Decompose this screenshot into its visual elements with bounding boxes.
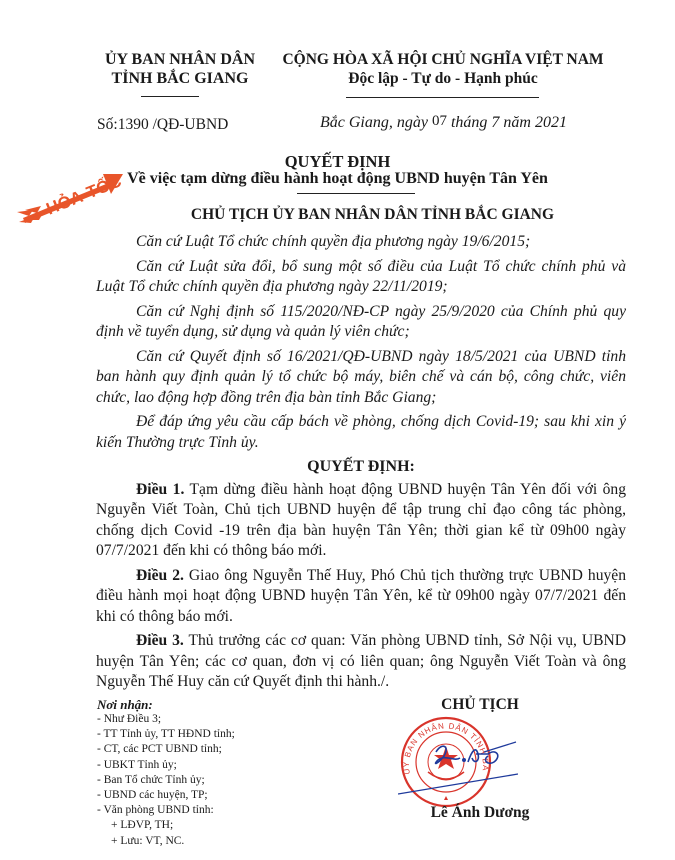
document-subject: Về việc tạm dừng điều hành hoạt động UBN… [0,170,675,188]
document-title: QUYẾT ĐỊNH [0,152,675,172]
recipients-title: Nơi nhận: [97,697,235,712]
article-label: Điều 2. [136,567,184,584]
decision-heading: QUYẾT ĐỊNH: [96,457,626,478]
recipient-item: - UBKT Tỉnh ủy; [97,758,235,773]
recipient-item: - Ban Tổ chức Tỉnh ủy; [97,773,235,788]
day: 07 [432,113,447,129]
subject-divider [297,193,415,194]
nation-line-1: CỘNG HÒA XÃ HỘI CHỦ NGHĨA VIỆT NAM [278,50,608,69]
recipient-sub-item: + LĐVP, TH; [97,818,235,833]
preamble-item: Căn cứ Nghị định số 115/2020/NĐ-CP ngày … [96,302,626,343]
recipients-list: Nơi nhận: - Như Điều 3; - TT Tỉnh ủy, TT… [97,697,235,849]
agency-line-1: ỦY BAN NHÂN DÂN [90,50,270,69]
preamble-item: Căn cứ Quyết định số 16/2021/QĐ-UBND ngà… [96,347,626,409]
agency-divider [141,96,199,97]
article-2: Điều 2. Giao ông Nguyễn Thế Huy, Phó Chủ… [96,566,626,628]
article-3: Điều 3. Thủ trưởng các cơ quan: Văn phòn… [96,631,626,693]
article-label: Điều 3. [136,632,184,649]
issuing-agency: ỦY BAN NHÂN DÂN TỈNH BẮC GIANG [90,50,270,88]
motto-divider [346,97,539,98]
preamble-item: Căn cứ Luật Tổ chức chính quyền địa phươ… [96,232,626,253]
signer-name: Lê Ánh Dương [390,804,570,822]
article-label: Điều 1. [136,481,184,498]
recipient-item: - Như Điều 3; [97,712,235,727]
recipient-item: - TT Tỉnh ủy, TT HĐND tỉnh; [97,727,235,742]
agency-line-2: TỈNH BẮC GIANG [90,69,270,88]
document-number: Số:1390 /QĐ-UBND [97,116,228,134]
preamble-item: Căn cứ Luật sửa đổi, bổ sung một số điều… [96,257,626,298]
document-body: Căn cứ Luật Tổ chức chính quyền địa phươ… [96,232,626,697]
article-1: Điều 1. Tạm dừng điều hành hoạt động UBN… [96,480,626,562]
month-year: tháng 7 năm 2021 [451,114,567,131]
official-seal-icon: ỦY BAN NHÂN DÂN TỈNH BẮC GIANG [398,712,518,812]
recipient-item: - CT, các PCT UBND tỉnh; [97,742,235,757]
recipient-item: - Văn phòng UBND tỉnh: [97,803,235,818]
preamble-item: Để đáp ứng yêu cầu cấp bách về phòng, ch… [96,412,626,453]
doc-number-suffix: /QĐ-UBND [153,116,229,133]
recipient-sub-item: + Lưu: VT, NC. [97,834,235,849]
doc-number-label: Số: [97,116,118,133]
place-date: Bắc Giang, ngày 07 tháng 7 năm 2021 [320,114,567,132]
doc-number-value: 1390 [118,116,149,133]
place: Bắc Giang, ngày [320,114,428,131]
recipient-item: - UBND các huyện, TP; [97,788,235,803]
nation-line-2: Độc lập - Tự do - Hạnh phúc [278,69,608,88]
issuing-authority: CHỦ TỊCH ỦY BAN NHÂN DÂN TỈNH BẮC GIANG [0,206,675,224]
national-motto: CỘNG HÒA XÃ HỘI CHỦ NGHĨA VIỆT NAM Độc l… [278,50,608,88]
